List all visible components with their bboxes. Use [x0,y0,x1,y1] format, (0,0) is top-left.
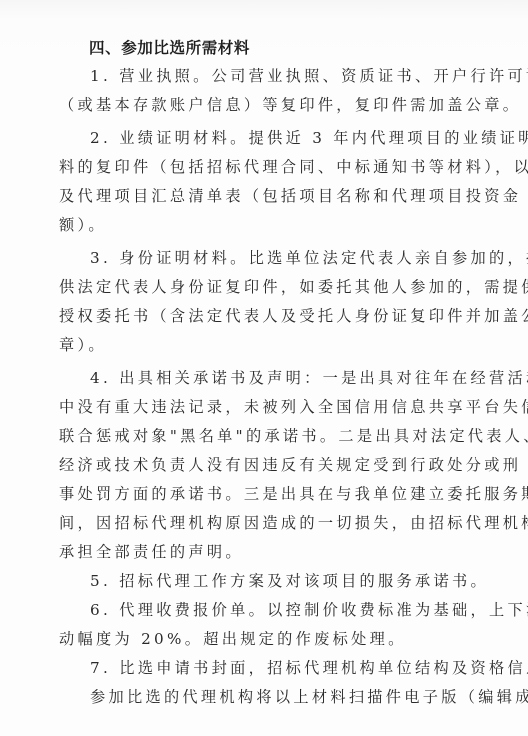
item-3-line-3: 授权委托书（含法定代表人及受托人身份证复印件并加盖公 [59,306,464,326]
item-2-line-1: 2. 业绩证明材料。提供近 3 年内代理项目的业绩证明材 [90,128,464,148]
item-1-line-2: （或基本存款账户信息）等复印件，复印件需加盖公章。 [59,95,464,115]
item-4-line-7: 承担全部责任的声明。 [59,542,464,562]
item-4-line-4: 经济或技术负责人没有因违反有关规定受到行政处分或刑 [59,455,464,475]
item-5-line-1: 5. 招标代理工作方案及对该项目的服务承诺书。 [90,571,464,591]
item-2-line-2: 料的复印件（包括招标代理合同、中标通知书等材料），以 [59,157,464,177]
item-4-line-1: 4. 出具相关承诺书及声明：一是出具对往年在经营活动 [90,368,464,388]
item-7-line-1: 7. 比选申请书封面，招标代理机构单位结构及资格信息。 [90,658,464,678]
item-2-line-3: 及代理项目汇总清单表（包括项目名称和代理项目投资金 [59,186,464,206]
item-4-line-2: 中没有重大违法记录，未被列入全国信用信息共享平台失信 [59,397,464,417]
item-4-line-6: 间，因招标代理机构原因造成的一切损失，由招标代理机构 [59,513,464,533]
closing-paragraph-line-1: 参加比选的代理机构将以上材料扫描件电子版（编辑成 [90,687,464,707]
item-1-line-1: 1. 营业执照。公司营业执照、资质证书、开户行许可证 [90,66,464,86]
item-4-line-5: 事处罚方面的承诺书。三是出具在与我单位建立委托服务期 [59,484,464,504]
item-3-line-2: 供法定代表人身份证复印件，如委托其他人参加的，需提供 [59,277,464,297]
item-3-line-1: 3. 身份证明材料。比选单位法定代表人亲自参加的，提 [90,248,464,268]
item-6-line-1: 6. 代理收费报价单。以控制价收费标准为基础，上下浮 [90,600,464,620]
item-2-line-4: 额）。 [59,215,464,235]
item-3-line-4: 章）。 [59,335,464,355]
document-page: 四、参加比选所需材料 1. 营业执照。公司营业执照、资质证书、开户行许可证 （或… [0,0,528,736]
item-4-line-3: 联合惩戒对象"黑名单"的承诺书。二是出具对法定代表人、 [59,426,464,446]
section-heading: 四、参加比选所需材料 [89,38,494,58]
item-6-line-2: 动幅度为 20%。超出规定的作废标处理。 [59,629,464,649]
